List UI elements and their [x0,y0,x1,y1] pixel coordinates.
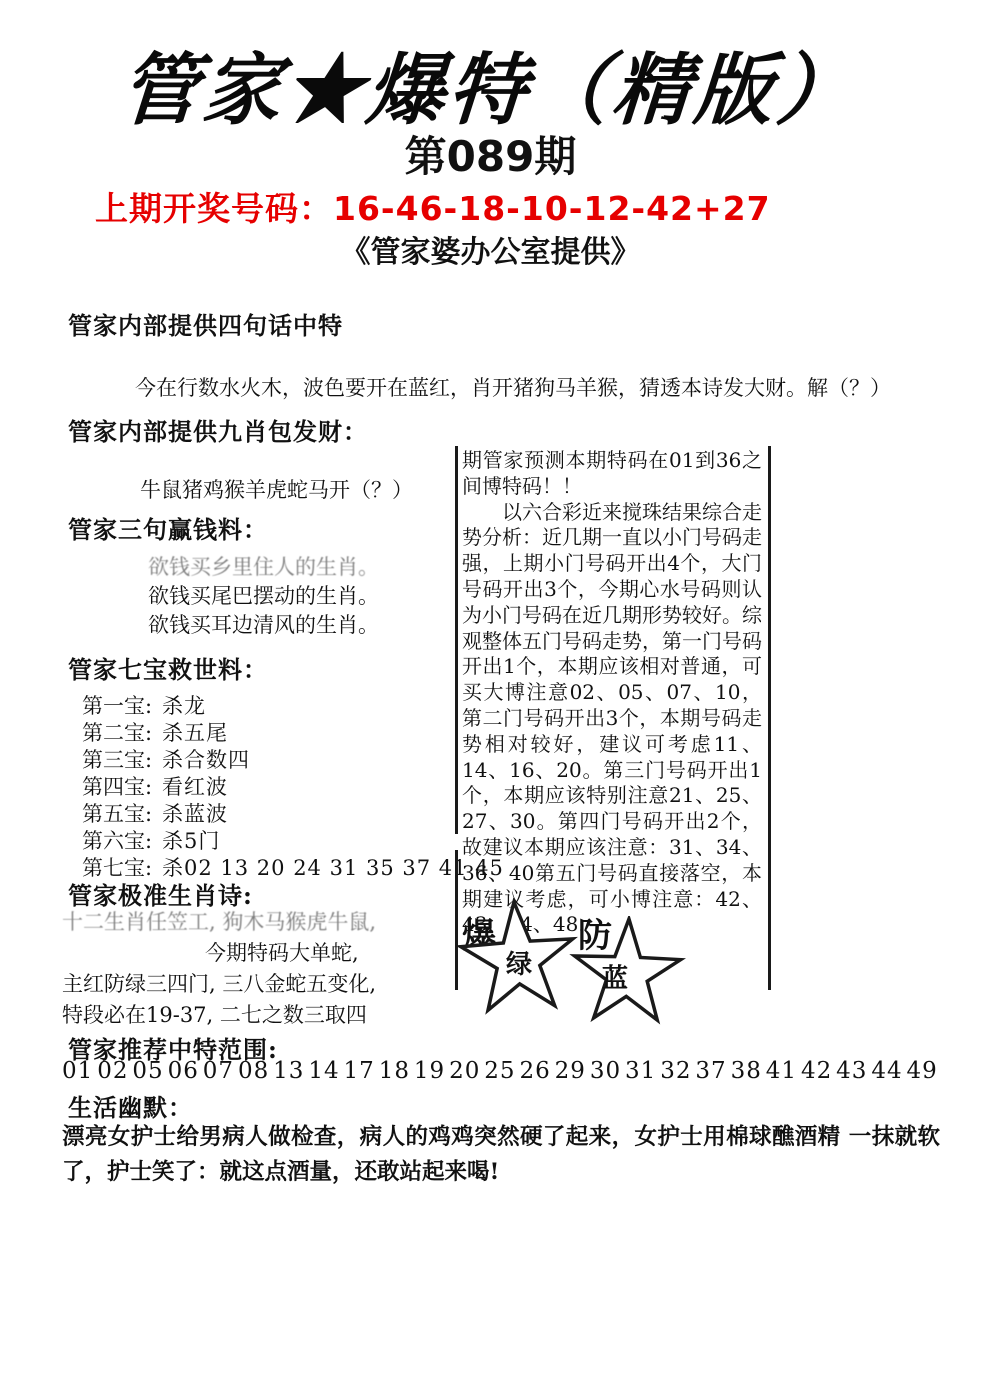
treasure-value: 杀5门 [162,825,220,855]
treasure-label: 第六宝: [82,825,148,855]
recommend-number: 08 [238,1058,273,1084]
recommend-number: 06 [168,1058,203,1084]
treasure-label: 第三宝: [82,744,148,774]
blue-star-text: 蓝 [602,958,628,995]
recommend-number: 29 [555,1058,590,1084]
recommend-number: 30 [590,1058,625,1084]
treasure-value: 杀合数四 [162,744,250,774]
recommend-number: 13 [273,1058,308,1084]
treasure-row: 第三宝:杀合数四 [82,744,250,774]
treasure-row: 第五宝:杀蓝波 [82,798,228,828]
recommend-number: 02 [97,1058,132,1084]
treasure-value: 看红波 [162,771,228,801]
treasure-row: 第六宝:杀5门 [82,825,220,855]
treasure-row: 第四宝:看红波 [82,771,228,801]
recommend-number: 17 [344,1058,379,1084]
analysis-box-left-border [455,446,458,834]
treasure-label: 第四宝: [82,771,148,801]
recommend-number: 37 [695,1058,730,1084]
three-sentences-line-1: 欲钱买乡里住人的生肖。 [148,551,379,581]
recommend-number: 41 [766,1058,801,1084]
recommend-number: 32 [660,1058,695,1084]
last-draw-numbers: 上期开奖号码：16-46-18-10-12-42+27 [95,183,771,230]
recommend-number: 49 [907,1058,942,1084]
recommend-number: 18 [379,1058,414,1084]
analysis-paragraph-1: 期管家预测本期特码在01到36之间博特码！！ [462,448,762,500]
recommend-number: 44 [871,1058,906,1084]
provider-line: 《管家婆办公室提供》 [0,227,981,271]
recommend-number: 19 [414,1058,449,1084]
recommend-number: 14 [308,1058,343,1084]
heading-three-sentences: 管家三句赢钱料： [68,510,268,545]
recommend-number: 01 [62,1058,97,1084]
recommend-number: 25 [484,1058,519,1084]
green-star-text: 绿 [506,944,532,981]
recommend-number: 42 [801,1058,836,1084]
zodiac-poem-line-3: 主红防绿三四门, 三八金蛇五变化, [62,968,376,998]
humor-text: 漂亮女护士给男病人做检查，病人的鸡鸡突然硬了起来，女护士用棉球醮酒精 一抹就软了… [62,1120,940,1190]
treasure-value: 杀蓝波 [162,798,228,828]
heading-four-sentences: 管家内部提供四句话中特 [68,306,343,341]
recommend-number: 07 [203,1058,238,1084]
analysis-paragraph-2: 以六合彩近来搅珠结果综合走势分析：近几期一直以小门号码走强，上期小门号码开出4个… [462,500,762,939]
analysis-box-right-border [768,446,771,990]
heading-nine-zodiac: 管家内部提供九肖包发财： [68,412,368,447]
issue-number: 第089期 [0,124,981,184]
zodiac-poem-line-4: 特段必在19-37, 二七之数三取四 [62,999,367,1029]
recommend-numbers-row: 0102050607081314171819202526293031323738… [62,1058,942,1084]
treasure-value: 杀龙 [162,690,206,720]
treasure-value: 杀五尾 [162,717,228,747]
recommend-number: 05 [132,1058,167,1084]
zodiac-poem-line-2: 今期特码大单蛇, [205,937,359,967]
treasure-row: 第二宝:杀五尾 [82,717,228,747]
treasure-label: 第一宝: [82,690,148,720]
treasure-label: 第五宝: [82,798,148,828]
nine-zodiac-line: 牛鼠猪鸡猴羊虎蛇马开（？） [140,474,413,504]
three-sentences-line-3: 欲钱买耳边清风的生肖。 [148,609,379,639]
analysis-text-block: 期管家预测本期特码在01到36之间博特码！！ 以六合彩近来搅珠结果综合走势分析：… [462,448,762,938]
recommend-number: 26 [519,1058,554,1084]
recommend-number: 43 [836,1058,871,1084]
recommend-number: 31 [625,1058,660,1084]
heading-seven-treasures: 管家七宝救世料： [68,650,268,685]
recommend-number: 38 [731,1058,766,1084]
zodiac-poem-line-1: 十二生肖任笠工, 狗木马猴虎牛鼠, [62,906,376,936]
treasure-label: 第二宝: [82,717,148,747]
recommend-number: 20 [449,1058,484,1084]
treasure-row: 第一宝:杀龙 [82,690,206,720]
three-sentences-line-2: 欲钱买尾巴摆动的生肖。 [148,580,379,610]
four-sentences-line: 今在行数水火木，波色要开在蓝红，肖开猪狗马羊猴，猜透本诗发大财。解（？） [135,372,891,402]
heading-life-humor: 生活幽默： [68,1088,193,1123]
